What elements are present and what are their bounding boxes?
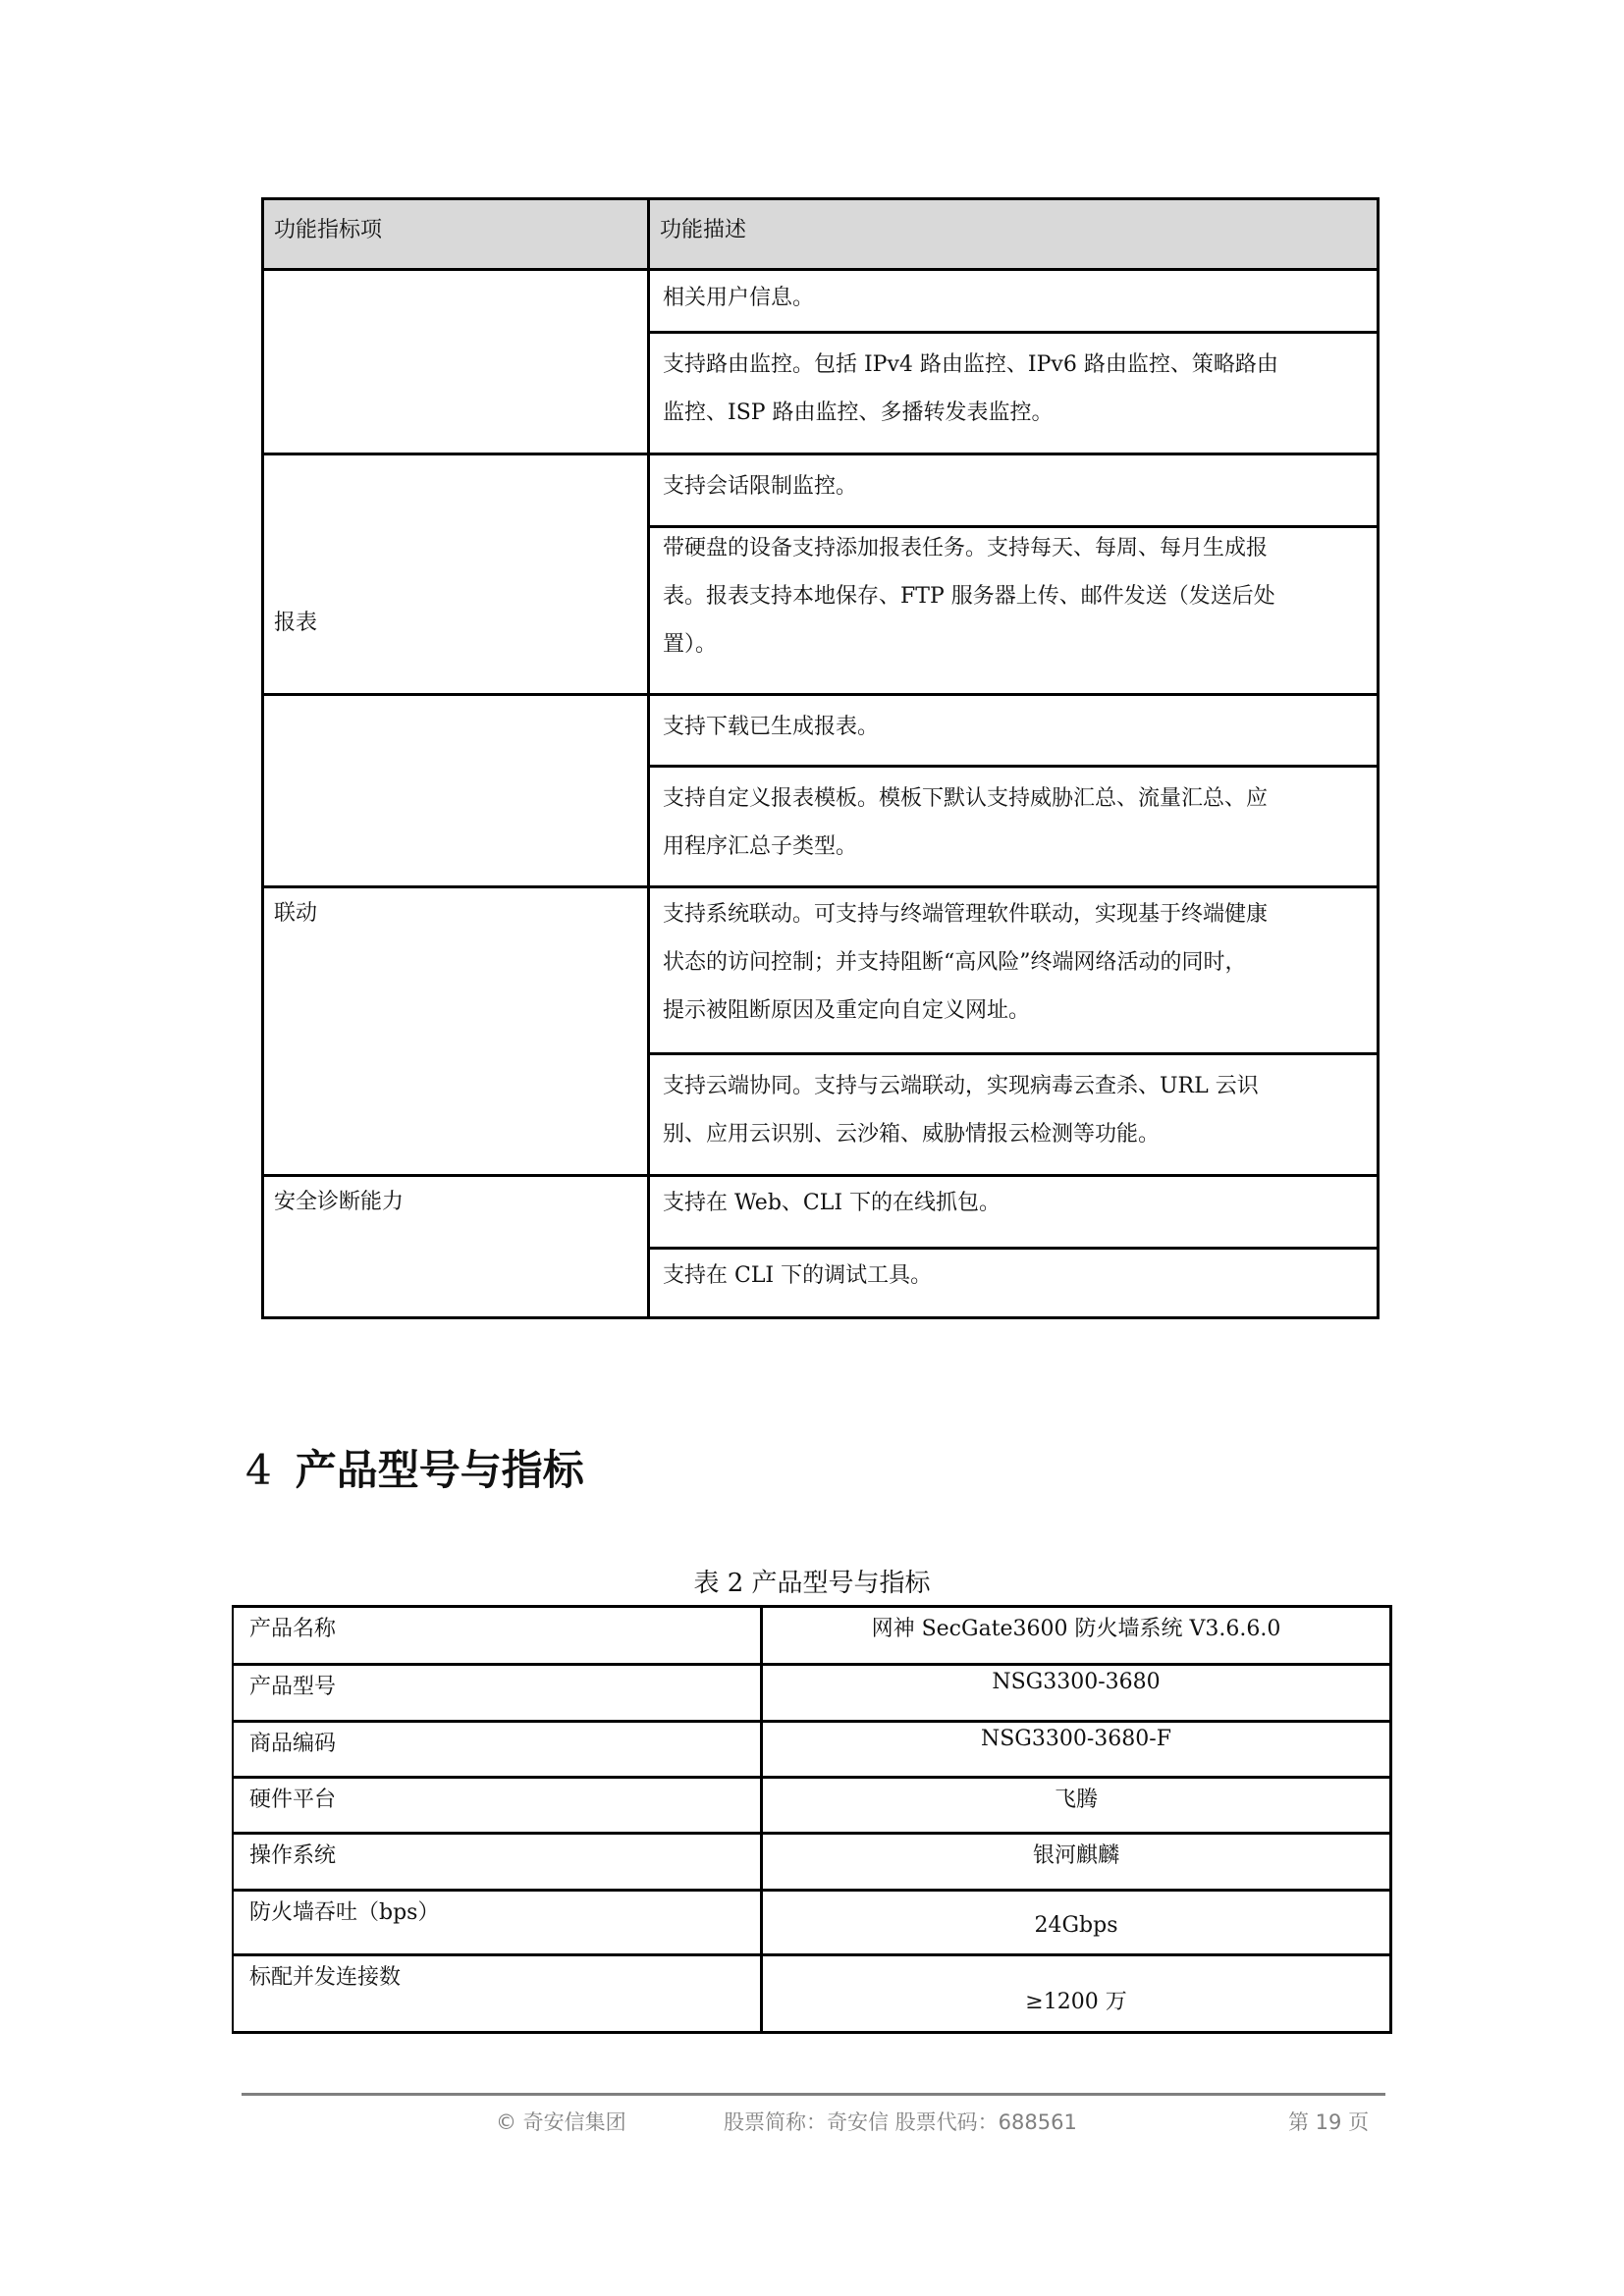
cell-desc: 支持在 Web、CLI 下的在线抓包。 (663, 1179, 1001, 1227)
header-feature-item: 功能指标项 (274, 216, 382, 245)
cell-desc: 支持会话限制监控。 (663, 462, 857, 510)
spec-key: 产品型号 (249, 1670, 336, 1700)
spec-value: NSG3300-3680-F (763, 1727, 1389, 1751)
section-heading: 4产品型号与指标 (245, 1438, 584, 1497)
cell-desc: 相关用户信息。 (663, 274, 814, 322)
spec-row: 操作系统 银河麒麟 (234, 1835, 1389, 1889)
row-divider (647, 1247, 1377, 1250)
header-feature-desc: 功能描述 (660, 216, 746, 245)
row-divider (264, 693, 1377, 696)
feature-table-header: 功能指标项 功能描述 (264, 200, 1377, 271)
group-divider (264, 885, 1377, 888)
spec-key: 防火墙吞吐（bps） (249, 1896, 439, 1926)
cell-desc: 带硬盘的设备支持添加报表任务。支持每天、每周、每月生成报 表。报表支持本地保存、… (663, 524, 1275, 668)
cell-desc: 支持云端协同。支持与云端联动，实现病毒云查杀、URL 云识 别、应用云识别、云沙… (663, 1062, 1259, 1158)
spec-key: 产品名称 (249, 1612, 336, 1642)
cell-desc: 支持自定义报表模板。模板下默认支持威胁汇总、流量汇总、应 用程序汇总子类型。 (663, 774, 1268, 871)
row-divider (647, 765, 1377, 768)
footer-divider (242, 2093, 1385, 2096)
spec-key: 商品编码 (249, 1727, 336, 1757)
desc-line: 支持云端协同。支持与云端联动，实现病毒云查杀、URL 云识 (663, 1062, 1259, 1110)
desc-line: 置）。 (663, 620, 1275, 668)
section-number: 4 (245, 1446, 272, 1494)
row-divider (647, 1052, 1377, 1055)
spec-value: ≥1200 万 (763, 1985, 1389, 2015)
desc-line: 带硬盘的设备支持添加报表任务。支持每天、每周、每月生成报 (663, 524, 1275, 572)
cell-desc: 支持在 CLI 下的调试工具。 (663, 1252, 932, 1300)
spec-row: 标配并发连接数 ≥1200 万 (234, 1956, 1389, 2034)
group-divider (264, 1174, 1377, 1177)
spec-row: 产品型号 NSG3300-3680 (234, 1666, 1389, 1720)
footer-page-number: 第 19 页 (1288, 2107, 1369, 2136)
desc-line: 别、应用云识别、云沙箱、威胁情报云检测等功能。 (663, 1110, 1259, 1158)
footer-stock-info: 股票简称：奇安信 股票代码：688561 (724, 2107, 1077, 2136)
table-caption: 表 2 产品型号与指标 (0, 1563, 1624, 1599)
group-divider (264, 453, 1377, 455)
feature-label-report: 报表 (274, 609, 317, 638)
desc-line: 支持系统联动。可支持与终端管理软件联动，实现基于终端健康 (663, 890, 1268, 938)
spec-row: 商品编码 NSG3300-3680-F (234, 1723, 1389, 1776)
feature-label-diagnostics: 安全诊断能力 (274, 1188, 404, 1217)
section-title: 产品型号与指标 (296, 1446, 584, 1494)
spec-value: 飞腾 (763, 1783, 1389, 1813)
cell-desc: 支持系统联动。可支持与终端管理软件联动，实现基于终端健康 状态的访问控制；并支持… (663, 890, 1268, 1035)
spec-key: 标配并发连接数 (249, 1960, 401, 1991)
spec-value: 银河麒麟 (763, 1839, 1389, 1869)
spec-key: 操作系统 (249, 1839, 336, 1869)
footer-copyright: © 奇安信集团 (496, 2107, 626, 2136)
spec-key: 硬件平台 (249, 1783, 336, 1813)
cell-desc: 支持下载已生成报表。 (663, 703, 879, 751)
feature-table: 功能指标项 功能描述 相关用户信息。 支持路由监控。包括 IPv4 路由监控、I… (261, 197, 1380, 1319)
row-divider (647, 331, 1377, 334)
desc-line: 相关用户信息。 (663, 274, 814, 322)
desc-line: 支持自定义报表模板。模板下默认支持威胁汇总、流量汇总、应 (663, 774, 1268, 823)
desc-line: 支持下载已生成报表。 (663, 703, 879, 751)
desc-line: 支持路由监控。包括 IPv4 路由监控、IPv6 路由监控、策略路由 (663, 341, 1278, 389)
spec-row: 产品名称 网神 SecGate3600 防火墙系统 V3.6.6.0 (234, 1608, 1389, 1663)
spec-value: 网神 SecGate3600 防火墙系统 V3.6.6.0 (763, 1612, 1389, 1642)
desc-line: 支持在 CLI 下的调试工具。 (663, 1252, 932, 1300)
desc-line: 支持在 Web、CLI 下的在线抓包。 (663, 1179, 1001, 1227)
spec-value: NSG3300-3680 (763, 1670, 1389, 1694)
feature-label-linkage: 联动 (274, 899, 317, 929)
desc-line: 状态的访问控制；并支持阻断“高风险”终端网络活动的同时， (663, 938, 1268, 987)
spec-table: 产品名称 网神 SecGate3600 防火墙系统 V3.6.6.0 产品型号 … (232, 1605, 1392, 2034)
desc-line: 提示被阻断原因及重定向自定义网址。 (663, 987, 1268, 1035)
column-divider (647, 200, 650, 1316)
cell-desc: 支持路由监控。包括 IPv4 路由监控、IPv6 路由监控、策略路由 监控、IS… (663, 341, 1278, 437)
desc-line: 支持会话限制监控。 (663, 462, 857, 510)
spec-value: 24Gbps (763, 1913, 1389, 1938)
desc-line: 用程序汇总子类型。 (663, 823, 1268, 871)
spec-row: 防火墙吞吐（bps） 24Gbps (234, 1892, 1389, 1953)
desc-line: 监控、ISP 路由监控、多播转发表监控。 (663, 389, 1278, 437)
spec-row: 硬件平台 飞腾 (234, 1779, 1389, 1832)
desc-line: 表。报表支持本地保存、FTP 服务器上传、邮件发送（发送后处 (663, 572, 1275, 620)
